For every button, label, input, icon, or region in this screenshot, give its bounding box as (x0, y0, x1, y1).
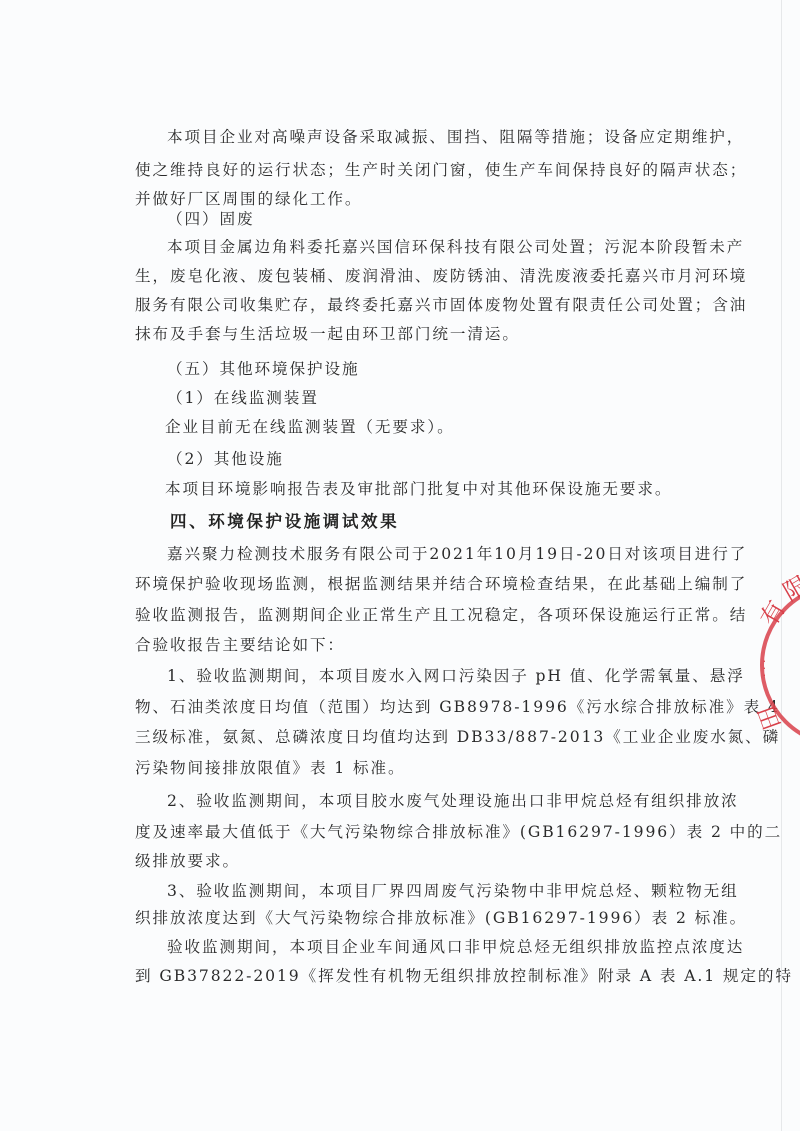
svg-text:限: 限 (778, 575, 800, 607)
page-edge (781, 0, 782, 1131)
paragraph-line: 环境保护验收现场监测，根据监测结果并结合环境检查结果，在此基础上编制了 (135, 574, 665, 594)
paragraph-line: 并做好厂区周围的绿化工作。 (135, 189, 665, 209)
paragraph-line: 验收监测期间，本项目企业车间通风口非甲烷总烃无组织排放监控点浓度达 (167, 937, 665, 957)
paragraph-line: 织排放浓度达到《大气污染物综合排放标准》(GB16297-1996）表 2 标准… (135, 908, 665, 928)
paragraph-line: 嘉兴聚力检测技术服务有限公司于2021年10月19日-20日对该项目进行了 (167, 544, 665, 564)
paragraph-line: 本项目环境影响报告表及审批部门批复中对其他环保设施无要求。 (165, 479, 695, 499)
paragraph-line: 3、验收监测期间，本项目厂界四周废气污染物中非甲烷总烃、颗粒物无组 (167, 881, 665, 901)
svg-text:· · ·: · · · (758, 660, 771, 677)
paragraph-line: 级排放要求。 (135, 851, 665, 871)
paragraph-line: 污染物间接排放限值》表 1 标准。 (135, 758, 665, 778)
paragraph-line: 使之维持良好的运行状态；生产时关闭门窗，使生产车间保持良好的隔声状态； (135, 160, 665, 180)
paragraph-line: 生，废皂化液、废包装桶、废润滑油、废防锈油、清洗废液委托嘉兴市月河环境 (135, 266, 665, 286)
paragraph-line: 1、验收监测期间，本项目废水入网口污染因子 pH 值、化学需氧量、悬浮 (167, 666, 665, 686)
document-page: 本项目企业对高噪声设备采取减振、围挡、阻隔等措施；设备应定期维护， 使之维持良好… (0, 0, 800, 1131)
paragraph-line: 2、验收监测期间，本项目胶水废气处理设施出口非甲烷总烃有组织排放浓 (167, 791, 665, 811)
paragraph-line: 本项目金属边角料委托嘉兴国信环保科技有限公司处置；污泥本阶段暂未产 (167, 237, 665, 257)
company-seal: 有 限 田 · · · (752, 575, 800, 755)
paragraph-line: 验收监测报告，监测期间企业正常生产且工况稳定，各项环保设施运行正常。结 (135, 605, 665, 625)
svg-text:有: 有 (755, 596, 791, 631)
subsection-title: （1）在线监测装置 (167, 388, 697, 408)
svg-text:田: 田 (752, 702, 787, 734)
paragraph-line: 合验收报告主要结论如下： (135, 635, 665, 655)
paragraph-line: 服务有限公司收集贮存，最终委托嘉兴市固体废物处置有限责任公司处置；含油 (135, 295, 665, 315)
paragraph-line: 物、石油类浓度日均值（范围）均达到 GB8978-1996《污水综合排放标准》表… (135, 697, 665, 717)
subsection-title: （2）其他设施 (167, 449, 697, 469)
paragraph-line: 度及速率最大值低于《大气污染物综合排放标准》(GB16297-1996）表 2 … (135, 822, 665, 842)
paragraph-line: 企业目前无在线监测装置（无要求）。 (165, 417, 695, 437)
paragraph-line: 三级标准，氨氮、总磷浓度日均值均达到 DB33/887-2013《工业企业废水氮… (135, 727, 665, 747)
paragraph-line: 到 GB37822-2019《挥发性有机物无组织排放控制标准》附录 A 表 A.… (135, 966, 665, 986)
paragraph-line: 抹布及手套与生活垃圾一起由环卫部门统一清运。 (135, 324, 665, 344)
paragraph-line: 本项目企业对高噪声设备采取减振、围挡、阻隔等措施；设备应定期维护， (167, 127, 665, 147)
section-heading: 四、环境保护设施调试效果 (170, 512, 700, 532)
section-title: （五）其他环境保护设施 (167, 359, 697, 379)
section-title: （四）固废 (167, 209, 697, 229)
